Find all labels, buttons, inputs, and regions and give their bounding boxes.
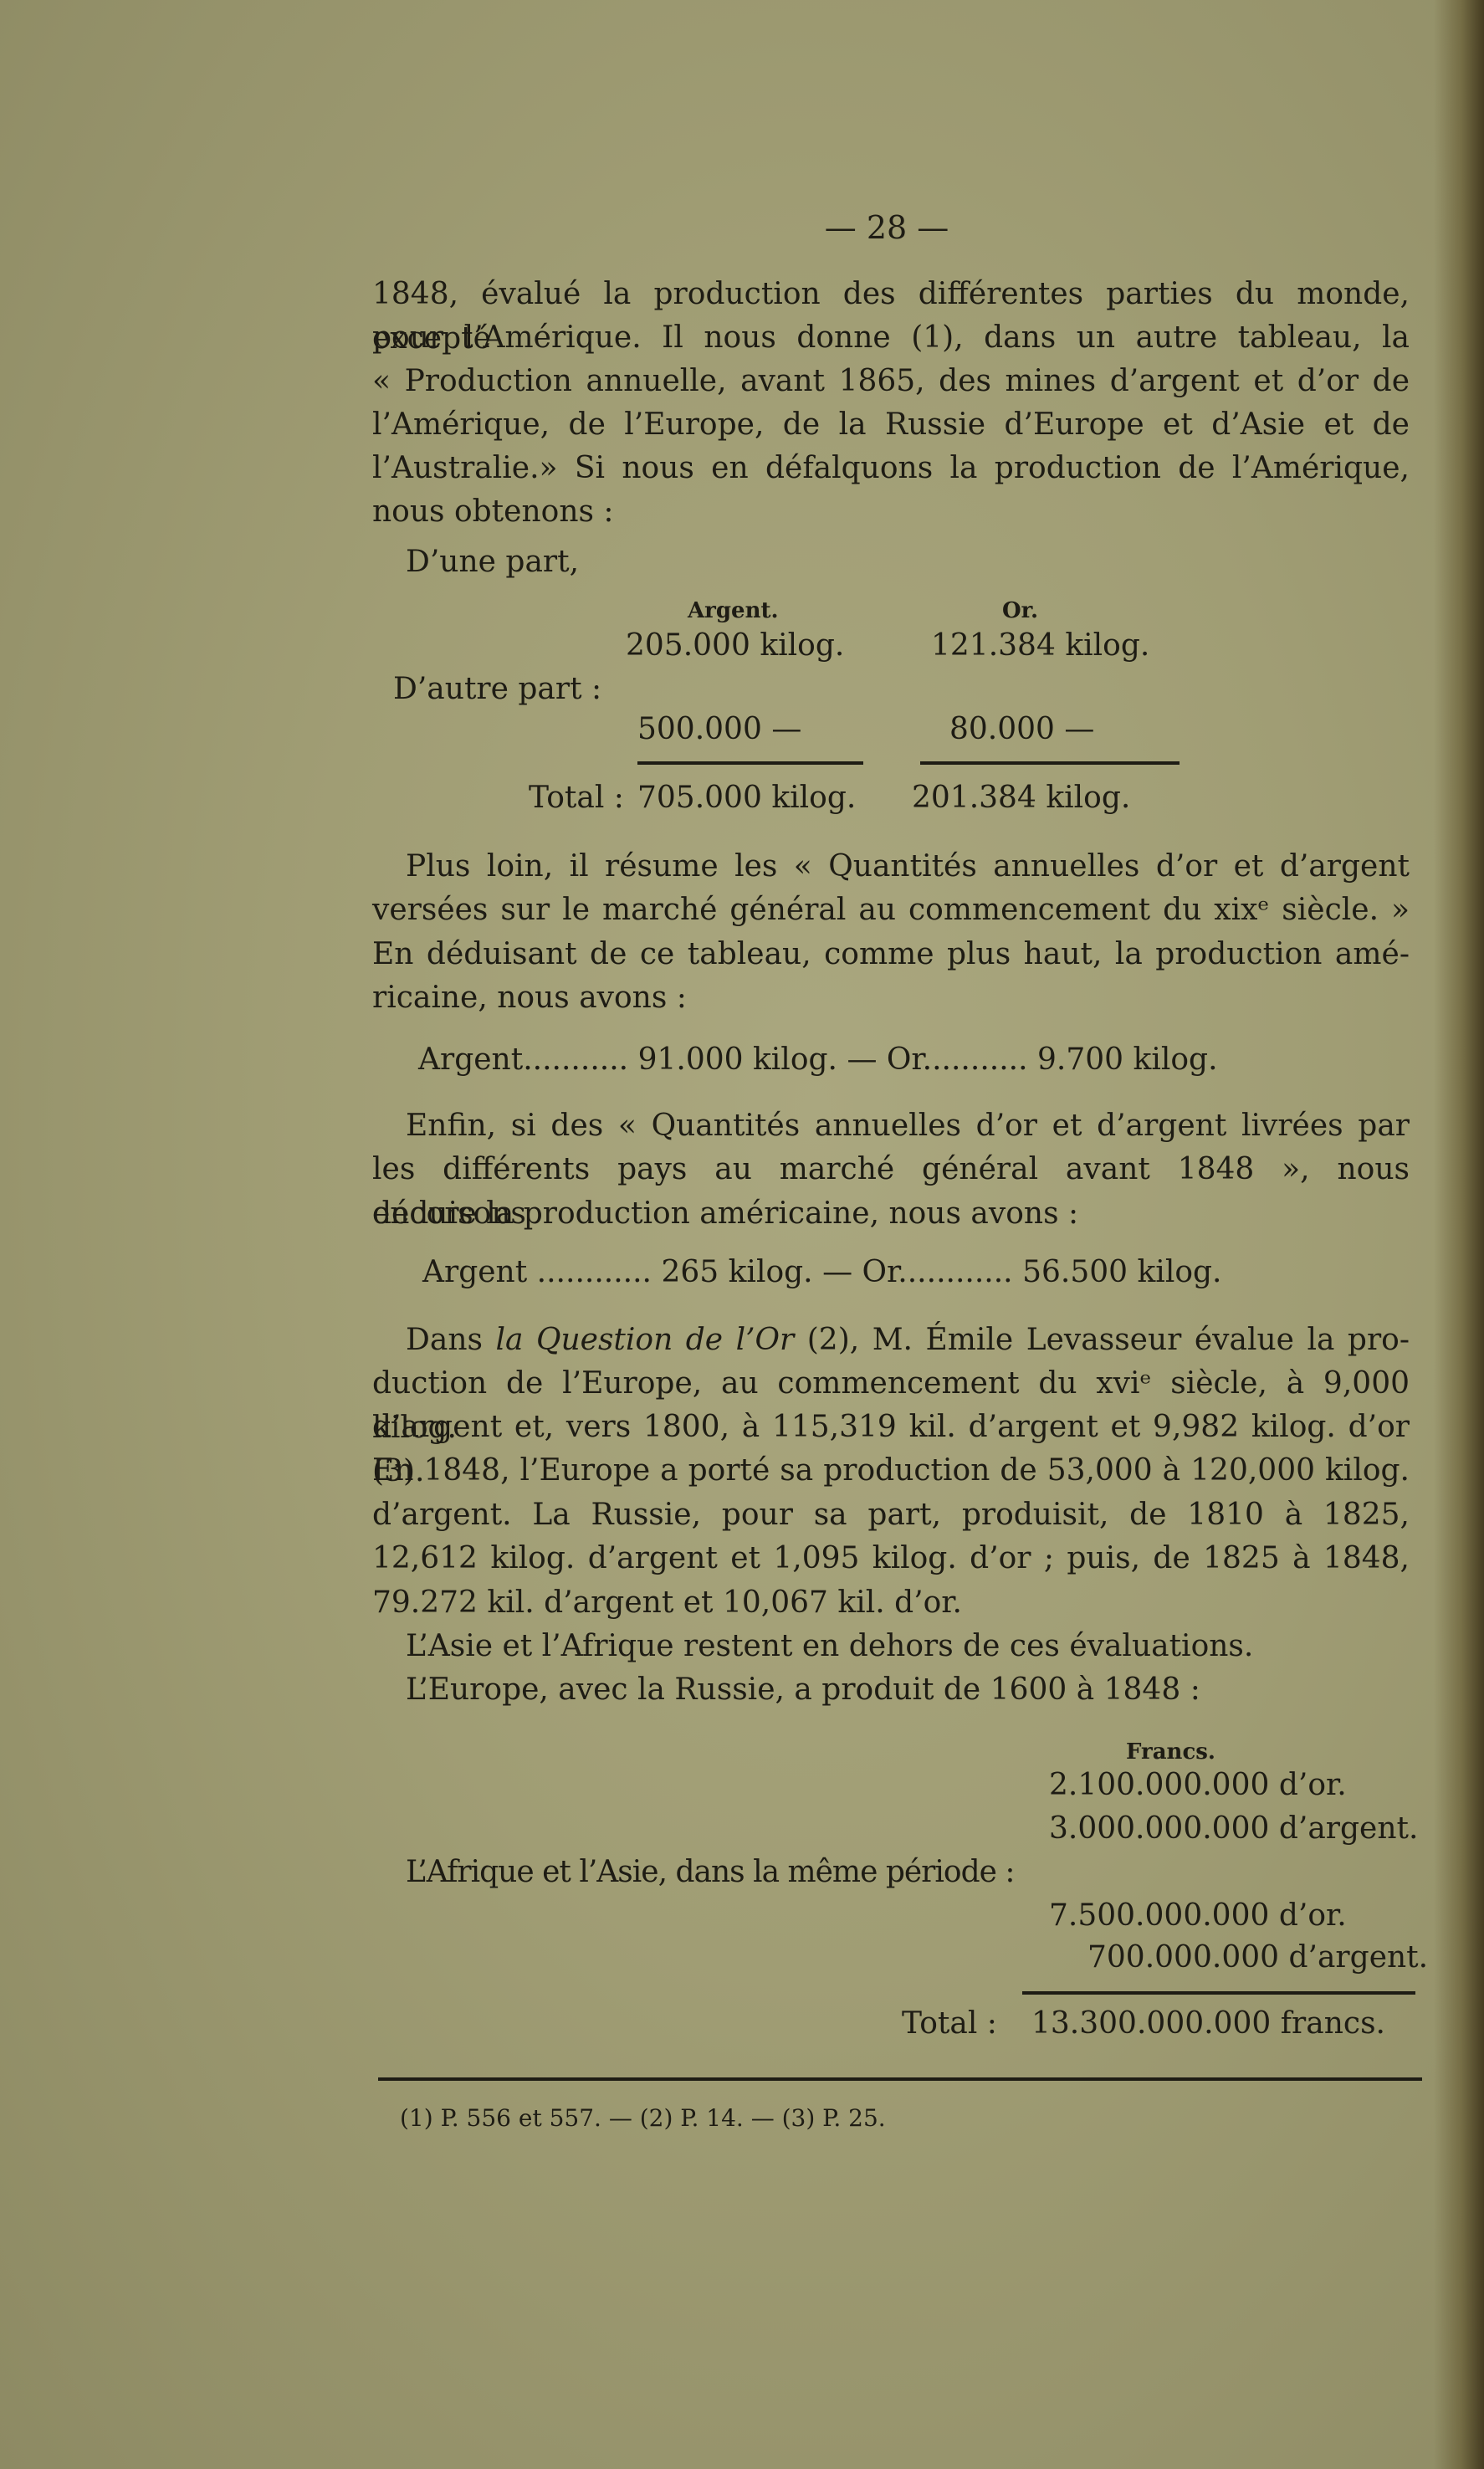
label-une-part: D’une part, xyxy=(406,544,579,581)
text-line: Dans la Question de l’Or (2), M. Émile L… xyxy=(406,1319,1410,1363)
argent-label: Argent xyxy=(422,1255,527,1289)
book-spine-shadow xyxy=(1434,0,1484,2469)
result-line-1848: Argent ............ 265 kilog. — Or.....… xyxy=(422,1254,1222,1291)
argent-label: Argent xyxy=(418,1042,523,1077)
column-header-argent: Argent. xyxy=(688,592,779,629)
label-afrique-asie: L’Afrique et l’Asie, dans la même périod… xyxy=(406,1854,1014,1891)
row-europe-argent: 3.000.000.000 d’argent. xyxy=(1049,1811,1418,1847)
total-label: Total : xyxy=(902,2005,997,2042)
sum-rule-or xyxy=(920,761,1180,765)
text-line: 79.272 kil. d’argent et 10,067 kil. d’or… xyxy=(372,1581,1410,1626)
text-line: l’Australie.» Si nous en défalquons la p… xyxy=(372,447,1410,491)
argent-value: 265 kilog. xyxy=(661,1255,812,1289)
unit: d’argent. xyxy=(1288,1940,1428,1975)
footnotes: (1) P. 556 et 557. — (2) P. 14. — (3) P.… xyxy=(400,2104,886,2132)
cell-argent-1: 205.000 kilog. xyxy=(626,627,844,664)
paragraph-6: L’Europe, avec la Russie, a produit de 1… xyxy=(406,1672,1200,1708)
unit: francs. xyxy=(1281,2006,1385,2041)
unit: d’or. xyxy=(1279,1898,1347,1933)
leader-dots: ............ xyxy=(537,1255,652,1289)
unit: d’argent. xyxy=(1279,1811,1419,1846)
cell-or-2: 80.000 — xyxy=(949,711,1094,748)
paragraph-5: L’Asie et l’Afrique restent en dehors de… xyxy=(406,1628,1253,1665)
leader-dots: ........... xyxy=(923,1042,1028,1077)
text-span: (2), M. Émile Levasseur évalue la pro- xyxy=(794,1323,1410,1357)
total-label: Total : xyxy=(529,780,624,817)
page-number: — 28 — xyxy=(803,209,970,246)
text-line: nous obtenons : xyxy=(372,490,1410,535)
text-line: 12,612 kilog. d’argent et 1,095 kilog. d… xyxy=(372,1537,1410,1581)
text-line: En déduisant de ce tableau, comme plus h… xyxy=(372,933,1410,977)
sum-rule-argent xyxy=(637,761,863,765)
text-line: pour l’Amérique. Il nous donne (1), dans… xyxy=(372,316,1410,361)
text-line: « Production annuelle, avant 1865, des m… xyxy=(372,360,1410,404)
or-label: — Or xyxy=(822,1255,898,1289)
leader-dots: ............ xyxy=(898,1255,1012,1289)
or-value: 9.700 kilog. xyxy=(1037,1042,1218,1077)
amount: 700.000.000 xyxy=(1087,1940,1279,1975)
text-span: Dans xyxy=(406,1323,495,1357)
cell-argent-2: 500.000 — xyxy=(637,711,801,748)
text-line: Enfin, si des « Quantités annuelles d’or… xyxy=(406,1104,1410,1149)
total-argent: 705.000 kilog. xyxy=(637,780,856,817)
book-title: la Question de l’Or xyxy=(495,1323,794,1357)
amount: 3.000.000.000 xyxy=(1049,1811,1269,1846)
total-or: 201.384 kilog. xyxy=(912,780,1130,817)
text-line: encore la production américaine, nous av… xyxy=(372,1192,1410,1237)
sum-rule-francs xyxy=(1022,1991,1415,1995)
leader-dots: ........... xyxy=(523,1042,628,1077)
text-line: versées sur le marché général au commenc… xyxy=(372,889,1410,933)
total-francs: 13.300.000.000 francs. xyxy=(1031,2005,1385,2042)
text-line: d’argent. La Russie, pour sa part, produ… xyxy=(372,1493,1410,1538)
or-value: 56.500 kilog. xyxy=(1022,1255,1221,1289)
row-afrique-argent: 700.000.000 d’argent. xyxy=(1087,1939,1428,1976)
row-europe-or: 2.100.000.000 d’or. xyxy=(1049,1767,1347,1804)
result-line-xix: Argent........... 91.000 kilog. — Or....… xyxy=(418,1042,1218,1078)
row-afrique-or: 7.500.000.000 d’or. xyxy=(1049,1898,1347,1934)
amount: 2.100.000.000 xyxy=(1049,1768,1269,1802)
text-line: l’Amérique, de l’Europe, de la Russie d’… xyxy=(372,403,1410,448)
cell-or-1: 121.384 kilog. xyxy=(931,627,1149,664)
amount: 13.300.000.000 xyxy=(1031,2006,1271,2041)
label-autre-part: D’autre part : xyxy=(393,671,601,708)
amount: 7.500.000.000 xyxy=(1049,1898,1269,1933)
column-header-francs: Francs. xyxy=(1126,1734,1215,1770)
argent-value: 91.000 kilog. xyxy=(638,1042,837,1077)
footnote-separator xyxy=(378,2077,1422,2081)
text-line: Plus loin, il résume les « Quantités ann… xyxy=(406,845,1410,889)
unit: d’or. xyxy=(1279,1768,1347,1802)
text-line: En 1848, l’Europe a porté sa production … xyxy=(372,1449,1410,1493)
column-header-or: Or. xyxy=(1002,592,1038,629)
text-line: ricaine, nous avons : xyxy=(372,976,1410,1021)
or-label: — Or xyxy=(847,1042,922,1077)
